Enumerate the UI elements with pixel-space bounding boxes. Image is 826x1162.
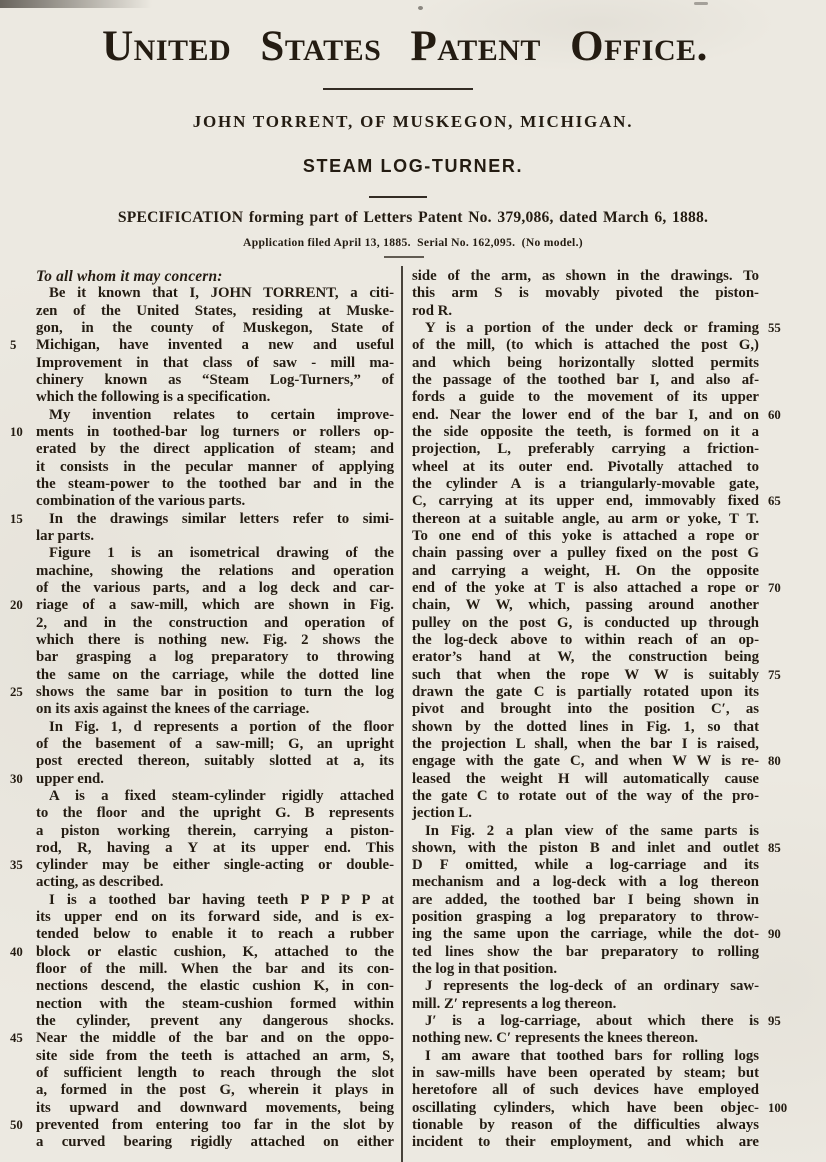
text-line: chain, W W, which, passing around anothe… (412, 597, 802, 614)
line-number (8, 580, 36, 597)
line-text: nothing new. C′ represents the knees the… (412, 1030, 759, 1047)
text-line: chinery known as “Steam Log-Turners,” of (8, 372, 394, 389)
line-number (759, 649, 802, 666)
line-number (759, 1065, 802, 1082)
line-text: Y is a portion of the under deck or fram… (412, 320, 759, 337)
line-text: oscillating cylinders, which have been o… (412, 1100, 759, 1117)
line-text: a, formed in the post G, wherein it play… (36, 1082, 394, 1099)
line-number (759, 563, 802, 580)
line-number: 65 (759, 493, 802, 510)
line-number (759, 303, 802, 320)
line-number (8, 701, 36, 718)
line-text: the same on the carriage, while the dott… (36, 667, 394, 684)
text-line: of sufficient length to reach through th… (8, 1065, 394, 1082)
line-text: incident to their employment, and which … (412, 1134, 759, 1151)
line-number (8, 355, 36, 372)
text-line: the log in that position. (412, 961, 802, 978)
line-text: on its axis against the knees of the car… (36, 701, 394, 718)
line-number (759, 268, 802, 285)
line-number (759, 736, 802, 753)
line-text: floor of the mill. When the bar and its … (36, 961, 394, 978)
line-number (759, 459, 802, 476)
line-text: rod, R, having a Y at its upper end. Thi… (36, 840, 394, 857)
text-line: Improvement in that class of saw - mill … (8, 355, 394, 372)
line-text: the side opposite the teeth, is formed o… (412, 424, 759, 441)
line-number (8, 823, 36, 840)
text-line: of the basement of a saw-mill; G, an upr… (8, 736, 394, 753)
line-text: heretofore all of such devices have empl… (412, 1082, 759, 1099)
line-text: J represents the log-deck of an ordinary… (412, 978, 759, 995)
line-number (8, 719, 36, 736)
line-number (8, 285, 36, 302)
text-line: the cylinder A is a triangularly-movable… (412, 476, 802, 493)
line-number: 45 (8, 1030, 36, 1047)
text-line: leased the weight H will automatically c… (412, 771, 802, 788)
line-text: a piston working therein, carrying a pis… (36, 823, 394, 840)
line-number (8, 389, 36, 406)
line-text: My invention relates to certain improve- (36, 407, 394, 424)
line-text: which the following is a specification. (36, 389, 394, 406)
line-number: 25 (8, 684, 36, 701)
line-text: projection, L, preferably carrying a fri… (412, 441, 759, 458)
left-column: To all whom it may concern: Be it known … (8, 268, 394, 1152)
line-text: chain, W W, which, passing around anothe… (412, 597, 759, 614)
text-line: the gate C to rotate out of the way of t… (412, 788, 802, 805)
line-text: Michigan, have invented a new and useful (36, 337, 394, 354)
text-line: rod R. (412, 303, 802, 320)
text-line: tionable by reason of the difficulties a… (412, 1117, 802, 1134)
line-number (8, 1065, 36, 1082)
line-number (759, 1030, 802, 1047)
text-line: fords a guide to the movement of its upp… (412, 389, 802, 406)
scan-speck-artifact (418, 6, 423, 10)
line-text: riage of a saw-mill, which are shown in … (36, 597, 394, 614)
line-text: tionable by reason of the difficulties a… (412, 1117, 759, 1134)
text-line: 20 riage of a saw-mill, which are shown … (8, 597, 394, 614)
line-text: In Fig. 1, d represents a portion of the… (36, 719, 394, 736)
text-line: floor of the mill. When the bar and its … (8, 961, 394, 978)
text-line: erated by the direct application of stea… (8, 441, 394, 458)
text-line: Be it known that I, JOHN TORRENT, a citi… (8, 285, 394, 302)
line-number (8, 926, 36, 943)
line-number (8, 372, 36, 389)
line-text: of the various parts, and a log deck and… (36, 580, 394, 597)
application-line: Application filed April 13, 1885. Serial… (0, 236, 826, 249)
line-number (759, 1082, 802, 1099)
text-line: ted lines show the bar preparatory to ro… (412, 944, 802, 961)
line-number (8, 528, 36, 545)
text-line: 55 Y is a portion of the under deck or f… (412, 320, 802, 337)
line-text: of the basement of a saw-mill; G, an upr… (36, 736, 394, 753)
text-line: 35 cylinder may be either single-acting … (8, 857, 394, 874)
text-line: a piston working therein, carrying a pis… (8, 823, 394, 840)
line-text: erated by the direct application of stea… (36, 441, 394, 458)
text-line: the passage of the toothed bar I, and al… (412, 372, 802, 389)
line-text: shown by the dotted lines in Fig. 1, so … (412, 719, 759, 736)
text-line: J represents the log-deck of an ordinary… (412, 978, 802, 995)
line-text: In the drawings similar letters refer to… (36, 511, 394, 528)
text-line: zen of the United States, residing at Mu… (8, 303, 394, 320)
line-number (8, 1134, 36, 1151)
line-text: leased the weight H will automatically c… (412, 771, 759, 788)
text-line: Figure 1 is an isometrical drawing of th… (8, 545, 394, 562)
line-number (759, 511, 802, 528)
text-line: this arm S is movably pivoted the piston… (412, 285, 802, 302)
line-number: 100 (759, 1100, 802, 1117)
text-line: its upward and downward movements, being (8, 1100, 394, 1117)
line-text: of sufficient length to reach through th… (36, 1065, 394, 1082)
line-number: 30 (8, 771, 36, 788)
line-text: and carrying a weight, H. On the opposit… (412, 563, 759, 580)
line-number: 50 (8, 1117, 36, 1134)
line-number (8, 493, 36, 510)
text-line: and which being horizontally slotted per… (412, 355, 802, 372)
line-text: the cylinder, prevent any dangerous shoc… (36, 1013, 394, 1030)
text-line: 80 engage with the gate C, and when W W … (412, 753, 802, 770)
line-number (8, 736, 36, 753)
line-text: thereon at a suitable angle, au arm or y… (412, 511, 759, 528)
text-line: the side opposite the teeth, is formed o… (412, 424, 802, 441)
line-text: the log-deck above to within reach of an… (412, 632, 759, 649)
text-line: on its axis against the knees of the car… (8, 701, 394, 718)
text-line: are added, the toothed bar I being shown… (412, 892, 802, 909)
line-number (759, 701, 802, 718)
text-line: and carrying a weight, H. On the opposit… (412, 563, 802, 580)
line-text: ing the same upon the carriage, while th… (412, 926, 759, 943)
text-line: machine, showing the relations and opera… (8, 563, 394, 580)
line-text: site side from the teeth is attached an … (36, 1048, 394, 1065)
line-text: C, carrying at its upper end, immovably … (412, 493, 759, 510)
text-line: To all whom it may concern: (8, 268, 394, 285)
text-line: 100 oscillating cylinders, which have be… (412, 1100, 802, 1117)
line-number (759, 476, 802, 493)
line-text: are added, the toothed bar I being shown… (412, 892, 759, 909)
text-line: 85 shown, with the piston B and inlet an… (412, 840, 802, 857)
line-text: lar parts. (36, 528, 394, 545)
line-number (759, 857, 802, 874)
line-text: Be it known that I, JOHN TORRENT, a citi… (36, 285, 394, 302)
text-line: 60 end. Near the lower end of the bar I,… (412, 407, 802, 424)
line-text: the gate C to rotate out of the way of t… (412, 788, 759, 805)
text-line: thereon at a suitable angle, au arm or y… (412, 511, 802, 528)
line-number (759, 424, 802, 441)
line-text: erator’s hand at W, the construction bei… (412, 649, 759, 666)
line-number (8, 909, 36, 926)
line-number (759, 632, 802, 649)
line-text: which there is nothing new. Fig. 2 shows… (36, 632, 394, 649)
line-text: this arm S is movably pivoted the piston… (412, 285, 759, 302)
line-number: 90 (759, 926, 802, 943)
line-number: 20 (8, 597, 36, 614)
line-text: rod R. (412, 303, 759, 320)
text-line: a, formed in the post G, wherein it play… (8, 1082, 394, 1099)
text-line: 95 J′ is a log-carriage, about which the… (412, 1013, 802, 1030)
line-number: 60 (759, 407, 802, 424)
text-line: the projection L shall, when the bar I i… (412, 736, 802, 753)
line-text: end of the yoke at T is also attached a … (412, 580, 759, 597)
line-number (8, 840, 36, 857)
right-column: side of the arm, as shown in the drawing… (412, 268, 802, 1152)
line-number (759, 892, 802, 909)
line-number (759, 944, 802, 961)
line-number (759, 372, 802, 389)
line-number (8, 1082, 36, 1099)
line-number (8, 667, 36, 684)
line-number (8, 615, 36, 632)
line-number (759, 355, 802, 372)
line-text: wheel at its outer end. Pivotally attach… (412, 459, 759, 476)
line-text: side of the arm, as shown in the drawing… (412, 268, 759, 285)
text-line: nections descend, the elastic cushion K,… (8, 978, 394, 995)
line-number: 40 (8, 944, 36, 961)
line-number (759, 389, 802, 406)
text-line: which the following is a specification. (8, 389, 394, 406)
line-number: 15 (8, 511, 36, 528)
inventor-line: JOHN TORRENT, OF MUSKEGON, MICHIGAN. (0, 112, 826, 132)
line-text: engage with the gate C, and when W W is … (412, 753, 759, 770)
text-line: My invention relates to certain improve- (8, 407, 394, 424)
text-line: in saw-mills have been operated by steam… (412, 1065, 802, 1082)
line-number (8, 649, 36, 666)
line-number: 75 (759, 667, 802, 684)
line-text: machine, showing the relations and opera… (36, 563, 394, 580)
text-line: 40 block or elastic cushion, K, attached… (8, 944, 394, 961)
line-text: I am aware that toothed bars for rolling… (412, 1048, 759, 1065)
line-text: Near the middle of the bar and on the op… (36, 1030, 394, 1047)
text-line: 50 prevented from entering too far in th… (8, 1117, 394, 1134)
text-line: 25 shows the same bar in position to tur… (8, 684, 394, 701)
line-text: nections descend, the elastic cushion K,… (36, 978, 394, 995)
line-text: and which being horizontally slotted per… (412, 355, 759, 372)
line-text: its upper end on its forward side, and i… (36, 909, 394, 926)
text-line: incident to their employment, and which … (412, 1134, 802, 1151)
text-line: 30 upper end. (8, 771, 394, 788)
text-line: combination of the various parts. (8, 493, 394, 510)
line-text: To all whom it may concern: (36, 268, 394, 285)
line-number (759, 545, 802, 562)
line-text: it consists in the pecular manner of app… (36, 459, 394, 476)
line-number: 95 (759, 1013, 802, 1030)
line-number (8, 892, 36, 909)
text-line: 65 C, carrying at its upper end, immovab… (412, 493, 802, 510)
text-line: pulley on the post G, is conducted up th… (412, 615, 802, 632)
line-text: upper end. (36, 771, 394, 788)
line-number (8, 545, 36, 562)
line-text: shown, with the piston B and inlet and o… (412, 840, 759, 857)
line-text: acting, as described. (36, 874, 394, 891)
line-number (759, 684, 802, 701)
line-text: the projection L shall, when the bar I i… (412, 736, 759, 753)
text-line: acting, as described. (8, 874, 394, 891)
text-line: its upper end on its forward side, and i… (8, 909, 394, 926)
text-line: 70 end of the yoke at T is also attached… (412, 580, 802, 597)
line-number (759, 771, 802, 788)
line-text: 2, and in the construction and operation… (36, 615, 394, 632)
text-line: the steam-power to the toothed bar and i… (8, 476, 394, 493)
line-number (8, 303, 36, 320)
line-number (759, 441, 802, 458)
text-line: position grasping a log preparatory to t… (412, 909, 802, 926)
title-divider-rule (369, 196, 427, 198)
line-number (759, 1117, 802, 1134)
line-text: the passage of the toothed bar I, and al… (412, 372, 759, 389)
text-line: 90 ing the same upon the carriage, while… (412, 926, 802, 943)
scan-smudge-artifact (0, 0, 152, 8)
line-text: ted lines show the bar preparatory to ro… (412, 944, 759, 961)
text-line: of the mill, (to which is attached the p… (412, 337, 802, 354)
line-text: block or elastic cushion, K, attached to… (36, 944, 394, 961)
text-line: of the various parts, and a log deck and… (8, 580, 394, 597)
line-number (759, 285, 802, 302)
text-line: drawn the gate C is partially rotated up… (412, 684, 802, 701)
line-number (759, 996, 802, 1013)
text-line: projection, L, preferably carrying a fri… (412, 441, 802, 458)
line-number (8, 476, 36, 493)
line-text: D F omitted, while a log-carriage and it… (412, 857, 759, 874)
line-text: the steam-power to the toothed bar and i… (36, 476, 394, 493)
line-number (759, 823, 802, 840)
text-line: I is a toothed bar having teeth P P P P … (8, 892, 394, 909)
text-line: jection L. (412, 805, 802, 822)
column-divider-rule (401, 266, 403, 1162)
text-line: chain passing over a pulley fixed on the… (412, 545, 802, 562)
line-number: 80 (759, 753, 802, 770)
line-text: tended below to enable it to reach a rub… (36, 926, 394, 943)
line-number (8, 1100, 36, 1117)
text-line: 15 In the drawings similar letters refer… (8, 511, 394, 528)
line-number (759, 788, 802, 805)
text-line: lar parts. (8, 528, 394, 545)
text-line: mill. Z′ represents a log thereon. (412, 996, 802, 1013)
patent-page: United States Patent Office. JOHN TORREN… (0, 0, 826, 1162)
text-line: the log-deck above to within reach of an… (412, 632, 802, 649)
line-number (759, 961, 802, 978)
line-number (8, 268, 36, 285)
line-text: to the floor and the upright G. B repres… (36, 805, 394, 822)
line-text: combination of the various parts. (36, 493, 394, 510)
line-number (759, 978, 802, 995)
line-number (8, 632, 36, 649)
line-number (8, 407, 36, 424)
text-line: a curved bearing rigidly attached on eit… (8, 1134, 394, 1151)
line-number: 70 (759, 580, 802, 597)
line-text: cylinder may be either single-acting or … (36, 857, 394, 874)
scan-speck-artifact (694, 2, 708, 5)
line-text: in saw-mills have been operated by steam… (412, 1065, 759, 1082)
header-divider-rule (323, 88, 473, 90)
line-text: fords a guide to the movement of its upp… (412, 389, 759, 406)
text-line: 10 ments in toothed-bar log turners or r… (8, 424, 394, 441)
text-line: pivot and brought into the position C′, … (412, 701, 802, 718)
text-line: bar grasping a log preparatory to throwi… (8, 649, 394, 666)
line-text: mill. Z′ represents a log thereon. (412, 996, 759, 1013)
line-number (759, 615, 802, 632)
line-number: 35 (8, 857, 36, 874)
text-line: 45 Near the middle of the bar and on the… (8, 1030, 394, 1047)
line-text: chain passing over a pulley fixed on the… (412, 545, 759, 562)
line-text: I is a toothed bar having teeth P P P P … (36, 892, 394, 909)
text-line: In Fig. 2 a plan view of the same parts … (412, 823, 802, 840)
text-line: 5 Michigan, have invented a new and usef… (8, 337, 394, 354)
line-text: pivot and brought into the position C′, … (412, 701, 759, 718)
text-line: To one end of this yoke is attached a ro… (412, 528, 802, 545)
line-text: drawn the gate C is partially rotated up… (412, 684, 759, 701)
line-text: prevented from entering too far in the s… (36, 1117, 394, 1134)
line-text: its upward and downward movements, being (36, 1100, 394, 1117)
line-text: of the mill, (to which is attached the p… (412, 337, 759, 354)
line-text: Figure 1 is an isometrical drawing of th… (36, 545, 394, 562)
line-text: zen of the United States, residing at Mu… (36, 303, 394, 320)
text-line: rod, R, having a Y at its upper end. Thi… (8, 840, 394, 857)
text-line: shown by the dotted lines in Fig. 1, so … (412, 719, 802, 736)
line-text: gon, in the county of Muskegon, State of (36, 320, 394, 337)
line-number (759, 528, 802, 545)
line-number (759, 597, 802, 614)
text-line: the same on the carriage, while the dott… (8, 667, 394, 684)
invention-title: STEAM LOG-TURNER. (0, 156, 826, 177)
text-line: D F omitted, while a log-carriage and it… (412, 857, 802, 874)
line-number (8, 1048, 36, 1065)
line-number: 10 (8, 424, 36, 441)
line-number (759, 874, 802, 891)
line-number (759, 909, 802, 926)
line-number (759, 1134, 802, 1151)
line-number (8, 563, 36, 580)
text-line: nothing new. C′ represents the knees the… (412, 1030, 802, 1047)
line-text: bar grasping a log preparatory to throwi… (36, 649, 394, 666)
line-text: post erected thereon, suitably slotted a… (36, 753, 394, 770)
line-number (759, 719, 802, 736)
line-text: shows the same bar in position to turn t… (36, 684, 394, 701)
line-number (759, 805, 802, 822)
column-divider-tick (384, 256, 424, 258)
text-line: erator’s hand at W, the construction bei… (412, 649, 802, 666)
line-text: chinery known as “Steam Log-Turners,” of (36, 372, 394, 389)
specification-line: SPECIFICATION forming part of Letters Pa… (0, 209, 826, 227)
office-title: United States Patent Office. (0, 22, 818, 71)
text-line: nection with the steam-cushion formed wi… (8, 996, 394, 1013)
text-line: which there is nothing new. Fig. 2 shows… (8, 632, 394, 649)
line-text: end. Near the lower end of the bar I, an… (412, 407, 759, 424)
line-text: To one end of this yoke is attached a ro… (412, 528, 759, 545)
text-line: the cylinder, prevent any dangerous shoc… (8, 1013, 394, 1030)
line-number (8, 320, 36, 337)
line-text: the cylinder A is a triangularly-movable… (412, 476, 759, 493)
text-line: site side from the teeth is attached an … (8, 1048, 394, 1065)
line-text: Improvement in that class of saw - mill … (36, 355, 394, 372)
line-number (8, 874, 36, 891)
line-number (8, 996, 36, 1013)
line-number (8, 459, 36, 476)
text-line: In Fig. 1, d represents a portion of the… (8, 719, 394, 736)
text-line: gon, in the county of Muskegon, State of (8, 320, 394, 337)
text-line: 2, and in the construction and operation… (8, 615, 394, 632)
text-line: tended below to enable it to reach a rub… (8, 926, 394, 943)
line-text: In Fig. 2 a plan view of the same parts … (412, 823, 759, 840)
line-number (8, 753, 36, 770)
text-line: I am aware that toothed bars for rolling… (412, 1048, 802, 1065)
line-text: pulley on the post G, is conducted up th… (412, 615, 759, 632)
text-line: mechanism and a log-deck with a log ther… (412, 874, 802, 891)
text-line: wheel at its outer end. Pivotally attach… (412, 459, 802, 476)
text-line: it consists in the pecular manner of app… (8, 459, 394, 476)
line-text: such that when the rope W W is suitably (412, 667, 759, 684)
line-number (8, 441, 36, 458)
line-text: ments in toothed-bar log turners or roll… (36, 424, 394, 441)
line-number (8, 788, 36, 805)
line-text: position grasping a log preparatory to t… (412, 909, 759, 926)
line-number (8, 961, 36, 978)
